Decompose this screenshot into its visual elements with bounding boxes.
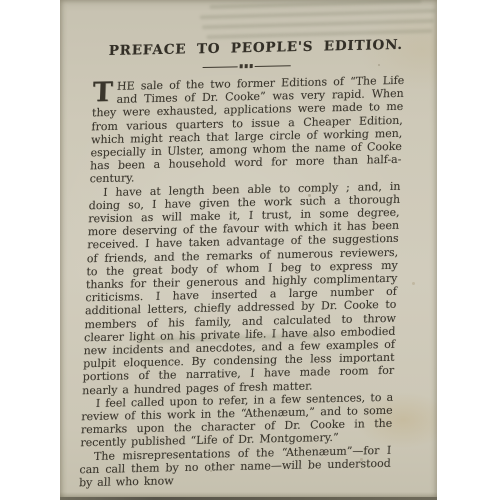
title-rule-ornament bbox=[202, 63, 290, 69]
book-page: PREFACE TO PEOPLE'S EDITION. THE sale of… bbox=[60, 0, 437, 500]
drop-cap-initial: T bbox=[92, 81, 113, 104]
book-page-photo: PREFACE TO PEOPLE'S EDITION. THE sale of… bbox=[0, 0, 500, 500]
paragraph-4: The misrepresentations of the “Athenæum”… bbox=[79, 443, 392, 489]
rule-dot bbox=[240, 64, 243, 68]
rule-dot bbox=[245, 64, 248, 68]
preface-body: THE sale of the two former Editions of “… bbox=[79, 74, 405, 490]
paragraph-2: I have at length been able to comply ; a… bbox=[82, 179, 401, 397]
page-content: PREFACE TO PEOPLE'S EDITION. THE sale of… bbox=[60, 0, 437, 500]
rule-line-right bbox=[255, 65, 291, 67]
paragraph-3: I feel called upon to refer, in a few se… bbox=[80, 391, 393, 450]
rule-line-left bbox=[202, 66, 238, 68]
page-title: PREFACE TO PEOPLE'S EDITION. bbox=[67, 0, 437, 60]
rule-center-dots bbox=[240, 64, 253, 68]
paragraph-1: THE sale of the two former Editions of “… bbox=[89, 74, 404, 186]
paragraph-1-text: HE sale of the two former Editions of “T… bbox=[89, 74, 404, 186]
rule-dot bbox=[250, 64, 253, 68]
